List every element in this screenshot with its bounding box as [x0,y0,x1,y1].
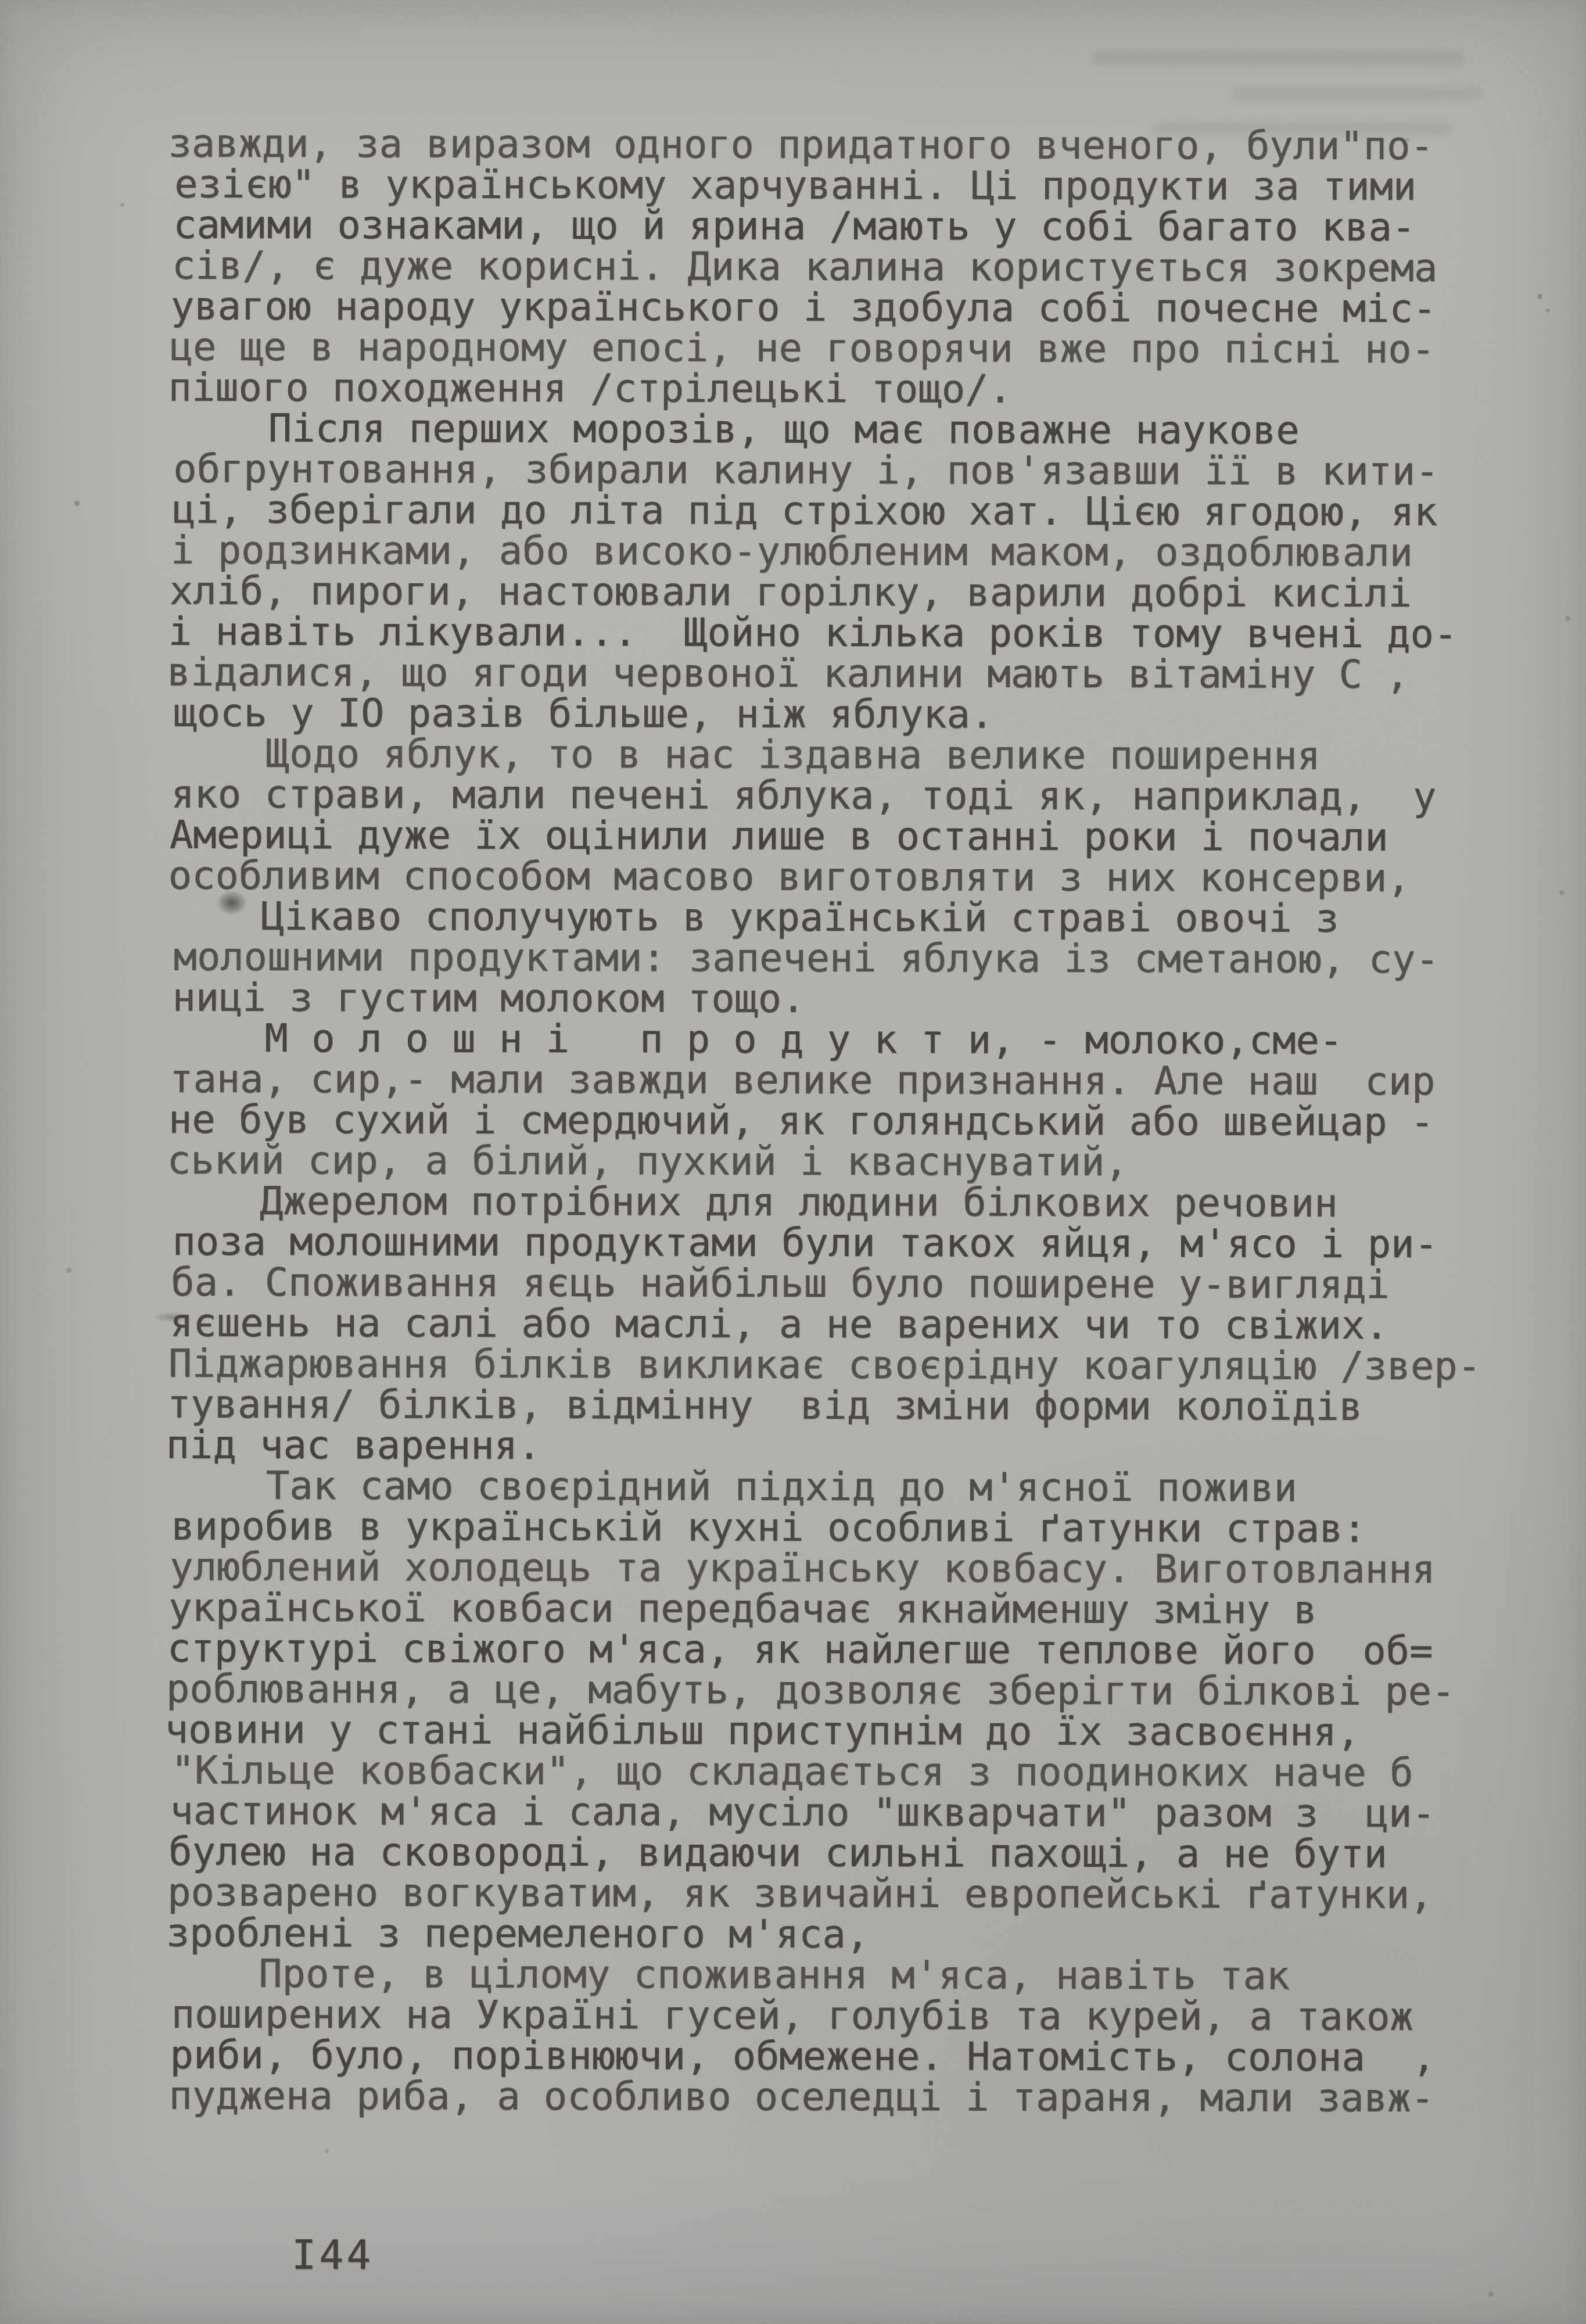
page-number: І44 [292,2235,374,2275]
text-line: сів/, є дуже корисні. Дика калина корист… [172,245,1484,289]
text-line: "Кільце ковбаски", що складається з поод… [171,1750,1484,1794]
text-line: увагою народу українського і здобула соб… [171,286,1483,329]
bleed-through-smudge [1092,51,1464,66]
text-line: структурі свіжого м'яса, як найлегше теп… [167,1628,1480,1672]
text-line: української ковбаси передбачає якнайменш… [168,1587,1481,1631]
text-line: Проте, в цілому споживання м'яса, навіть… [165,1953,1477,1997]
text-line: Після перших морозів, що має поважне нау… [174,408,1487,451]
text-line: частинок м'яса і сала, мусіло "шкварчати… [170,1791,1482,1834]
text-line: зроблені з перемеленого м'яса, [166,1913,1479,1956]
text-line: пішого походження /стрілецькі тощо/. [168,367,1481,411]
text-line: розварено вогкуватим, як звичайні европе… [167,1872,1480,1916]
text-line: пуджена риба, а особливо оселедці і тара… [168,2075,1481,2119]
text-line: обгрунтовання, збирали калину і, пов'яза… [173,449,1485,492]
text-line: Цікаво сполучують в українській страві о… [167,896,1480,939]
text-line: поширених на Україні гусей, голубів та к… [171,1994,1484,2038]
text-line: ба. Споживання яєць найбільш було пошире… [171,1262,1483,1306]
text-line: хліб, пироги, настоювали горілку, варили… [170,571,1482,614]
text-line: особливим способом масово виготовляти з … [168,855,1481,899]
text-line: човини у стані найбільш приступнім до їх… [165,1709,1477,1753]
text-line: Щодо яблук, то в нас іздавна велике поши… [172,733,1484,777]
text-line: Америці дуже їх оцінили лише в останні р… [170,815,1482,858]
text-line: риби, було, порівнюючи, обмежене. Натомі… [170,2035,1483,2078]
text-line: і родзинками, або високо-улюбленим маком… [171,530,1483,573]
text-line: Піджарювання білків викликає своєрідну к… [168,1343,1481,1387]
text-line: не був сухий і смердючий, як голяндський… [168,1099,1481,1143]
text-line: ці, зберігали до літа під стріхою хат. Ц… [172,489,1484,533]
text-line: роблювання, а це, мабуть, дозволяє збері… [166,1669,1479,1712]
typewritten-text-block: завжди, за виразом одного придатного вче… [167,123,1484,2119]
text-line: щось у ІО разів більше, ніж яблука. [173,693,1485,736]
text-line: улюблений холодець та українську ковбасу… [170,1547,1482,1590]
text-line: Джерелом потрібних для людини білкових р… [166,1181,1479,1224]
paper-specks [0,0,3,3]
text-line: езією" в українському харчуванні. Ці про… [174,164,1487,207]
text-line: завжди, за виразом одного придатного вче… [168,123,1480,167]
text-line: поза молошними продуктами були такох яйц… [172,1221,1484,1265]
text-line: булею на сковороді, видаючи сильні пахощ… [168,1831,1481,1875]
text-line: це ще в народному епосі, не говорячи вже… [170,327,1482,370]
text-line: виробив в українській кухні особливі ґат… [171,1506,1483,1550]
text-line: молошними продуктами: запечені яблука із… [174,937,1486,980]
text-line: тана, сир,- мали завжди велике признання… [170,1059,1482,1102]
bleed-through-smudge [1232,87,1481,100]
text-line: Так само своєрідний підхід до м'ясної по… [173,1465,1485,1509]
text-line: ниці з густим молоком тощо. [172,977,1484,1021]
text-line: ський сир, а білий, пухкий і кваснуватий… [167,1140,1480,1183]
scanned-page: завжди, за виразом одного придатного вче… [0,0,1586,2324]
text-line: яко страви, мали печені яблука, тоді як,… [171,774,1483,817]
text-line: відалися, що ягоди червоної калини мають… [167,652,1480,695]
text-line: і навіть лікували... Щойно кілька років … [168,611,1481,655]
text-line: М о л о ш н і п р о д у к т и, - молоко,… [171,1018,1483,1061]
text-line: самими ознаками, що й ярина /мають у соб… [173,205,1485,248]
text-line: яєшень на салі або маслі, а не варених ч… [170,1303,1482,1346]
text-line: під час варення. [166,1425,1479,1468]
text-line: тування/ білків, відмінну від зміни форм… [167,1384,1480,1428]
